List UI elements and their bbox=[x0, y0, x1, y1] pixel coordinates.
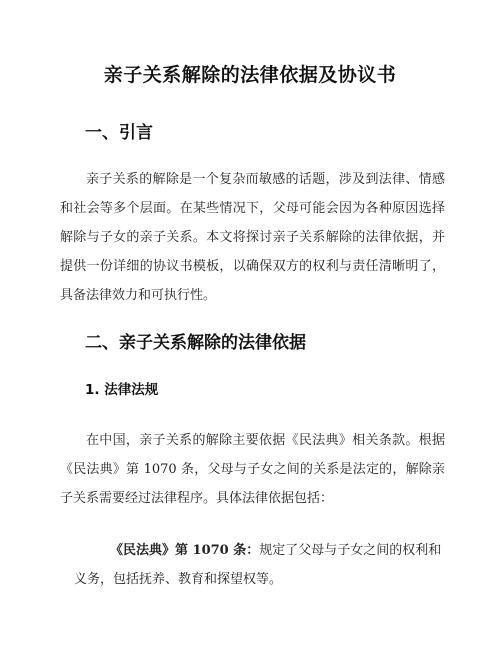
law-article-label: 《民法典》第 1070 条： bbox=[110, 543, 259, 558]
subsection-heading-laws: 1. 法律法规 bbox=[85, 378, 158, 398]
laws-paragraph: 在中国，亲子关系的解除主要依据《民法典》相关条款。根据《民法典》第 1070 条… bbox=[60, 426, 445, 513]
document-title: 亲子关系解除的法律依据及协议书 bbox=[0, 60, 500, 87]
introduction-paragraph: 亲子关系的解除是一个复杂而敏感的话题，涉及到法律、情感和社会等多个层面。在某些情… bbox=[60, 165, 445, 310]
law-article-item: 《民法典》第 1070 条：规定了父母与子女之间的权利和义务，包括抚养、教育和探… bbox=[74, 536, 444, 594]
section-heading-legal-basis: 二、亲子关系解除的法律依据 bbox=[85, 328, 306, 353]
section-heading-introduction: 一、引言 bbox=[85, 118, 153, 143]
